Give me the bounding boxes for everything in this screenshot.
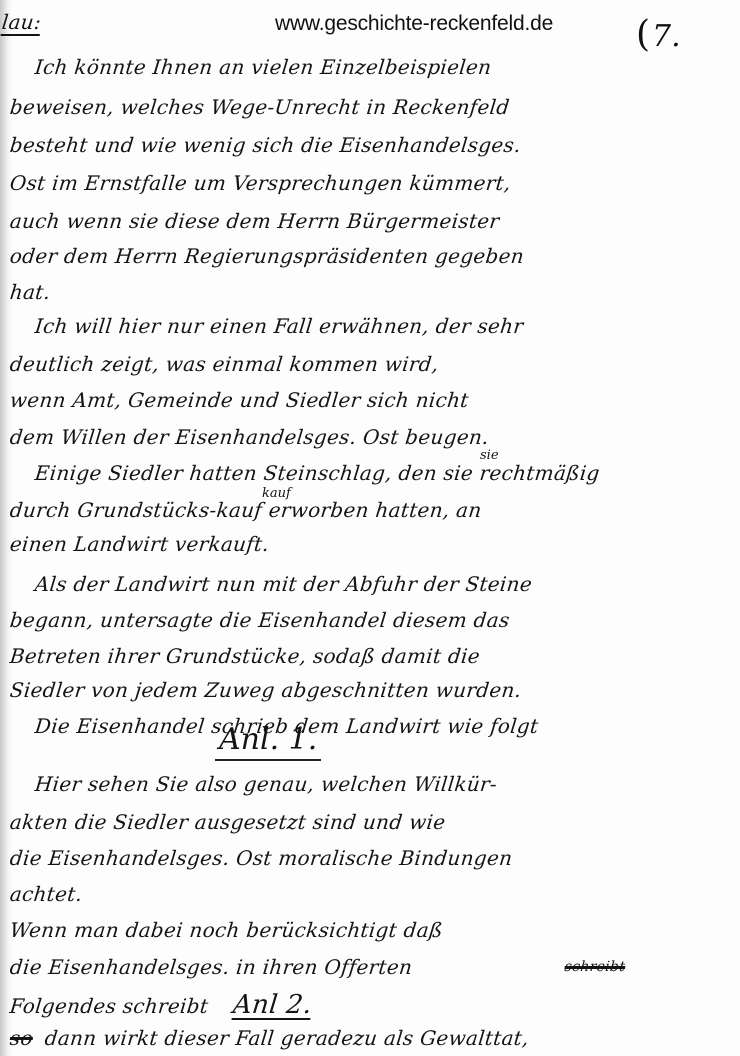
scanned-page: www.geschichte-reckenfeld.de (7. lau: Ic… <box>0 0 740 1056</box>
text-line-content: akten die Siedler ausgesetzt sind und wi… <box>9 810 447 834</box>
text-line: Hier sehen Sie also genau, welchen Willk… <box>0 772 740 796</box>
text-line: achtet. <box>0 882 740 906</box>
text-line: begann, untersagte die Eisenhandel diese… <box>0 608 740 632</box>
text-line-content: beweisen, welches Wege-Unrecht in Recken… <box>9 95 511 119</box>
text-line: beweisen, welches Wege-Unrecht in Recken… <box>0 95 740 119</box>
text-line: Die Eisenhandel schrieb dem Landwirt wie… <box>0 714 740 738</box>
line-anl2: Folgendes schreibt Anl 2. <box>0 990 740 1020</box>
text-line-content: wenn Amt, Gemeinde und Siedler sich nich… <box>9 388 470 412</box>
text-line-content: Betreten ihrer Grundstücke, sodaß damit … <box>9 644 482 668</box>
insert-sie: sie <box>480 448 499 463</box>
last-line-text: dann wirkt dieser Fall geradezu als Gewa… <box>44 1026 531 1050</box>
struck-word: schreibt <box>564 959 626 975</box>
text-line: dem Willen der Eisenhandelsges. Ost beug… <box>0 425 740 449</box>
text-line: Wenn man dabei noch berücksichtigt daß <box>0 918 740 942</box>
line-anl2-prefix: Folgendes schreibt <box>9 994 210 1018</box>
text-line: einen Landwirt verkauft. <box>0 532 740 556</box>
text-line-content: oder dem Herrn Regierungspräsidenten geg… <box>9 244 526 268</box>
text-line: oder dem Herrn Regierungspräsidenten geg… <box>0 244 740 268</box>
text-line-content: Als der Landwirt nun mit der Abfuhr der … <box>34 572 534 596</box>
text-line: besteht und wie wenig sich die Eisenhand… <box>0 133 740 157</box>
text-line-content: die Eisenhandelsges. Ost moralische Bind… <box>9 846 514 870</box>
text-line-content: auch wenn sie diese dem Herrn Bürgermeis… <box>9 209 501 233</box>
text-line: auch wenn sie diese dem Herrn Bürgermeis… <box>0 209 740 233</box>
text-line: Ich will hier nur einen Fall erwähnen, d… <box>0 314 740 338</box>
struck-words: schreibt <box>564 952 740 976</box>
text-line: die Eisenhandelsges. Ost moralische Bind… <box>0 846 740 870</box>
text-line-content: einen Landwirt verkauft. <box>9 532 271 556</box>
top-fragment: lau: <box>0 10 740 34</box>
text-line: Siedler von jedem Zuweg abgeschnitten wu… <box>0 678 740 702</box>
text-line: akten die Siedler ausgesetzt sind und wi… <box>0 810 740 834</box>
annex-2-heading: Anl 2. <box>231 990 313 1020</box>
annex-1-heading: Anl. 1. <box>215 722 321 761</box>
text-line: Ich könnte Ihnen an vielen Einzelbeispie… <box>0 55 740 79</box>
text-line-content: durch Grundstücks-kauf erworben hatten, … <box>9 498 483 522</box>
text-line-content: begann, untersagte die Eisenhandel diese… <box>9 608 511 632</box>
text-line: Einige Siedler hatten Steinschlag, den s… <box>0 461 740 485</box>
text-line-content: die Eisenhandelsges. in ihren Offerten <box>9 955 414 979</box>
text-line-content: Einige Siedler hatten Steinschlag, den s… <box>34 461 601 485</box>
text-line-content: Ich könnte Ihnen an vielen Einzelbeispie… <box>34 55 493 79</box>
text-line-content: Ich will hier nur einen Fall erwähnen, d… <box>34 314 525 338</box>
text-line: Ost im Ernstfalle um Versprechungen kümm… <box>0 171 740 195</box>
text-line: durch Grundstücks-kauf erworben hatten, … <box>0 498 740 522</box>
text-line-content: Hier sehen Sie also genau, welchen Willk… <box>34 772 499 796</box>
top-fragment-text: lau: <box>1 10 43 34</box>
text-line: wenn Amt, Gemeinde und Siedler sich nich… <box>0 388 740 412</box>
text-line: Als der Landwirt nun mit der Abfuhr der … <box>0 572 740 596</box>
insert-kauf: kauf <box>262 486 291 501</box>
text-line-content: Wenn man dabei noch berücksichtigt daß <box>9 918 444 942</box>
text-line-content: Siedler von jedem Zuweg abgeschnitten wu… <box>9 678 523 702</box>
text-line-content: achtet. <box>9 882 84 906</box>
text-line-content: Ost im Ernstfalle um Versprechungen kümm… <box>9 171 512 195</box>
struck-word-so: so <box>9 1026 34 1050</box>
text-line: Betreten ihrer Grundstücke, sodaß damit … <box>0 644 740 668</box>
text-line-content: dem Willen der Eisenhandelsges. Ost beug… <box>9 425 490 449</box>
text-line: hat. <box>0 280 740 304</box>
text-line-content: besteht und wie wenig sich die Eisenhand… <box>9 133 522 157</box>
last-line: sodann wirkt dieser Fall geradezu als Ge… <box>0 1026 740 1050</box>
text-line: deutlich zeigt, was einmal kommen wird, <box>0 352 740 376</box>
text-line-content: deutlich zeigt, was einmal kommen wird, <box>9 352 440 376</box>
text-line-content: hat. <box>9 280 52 304</box>
